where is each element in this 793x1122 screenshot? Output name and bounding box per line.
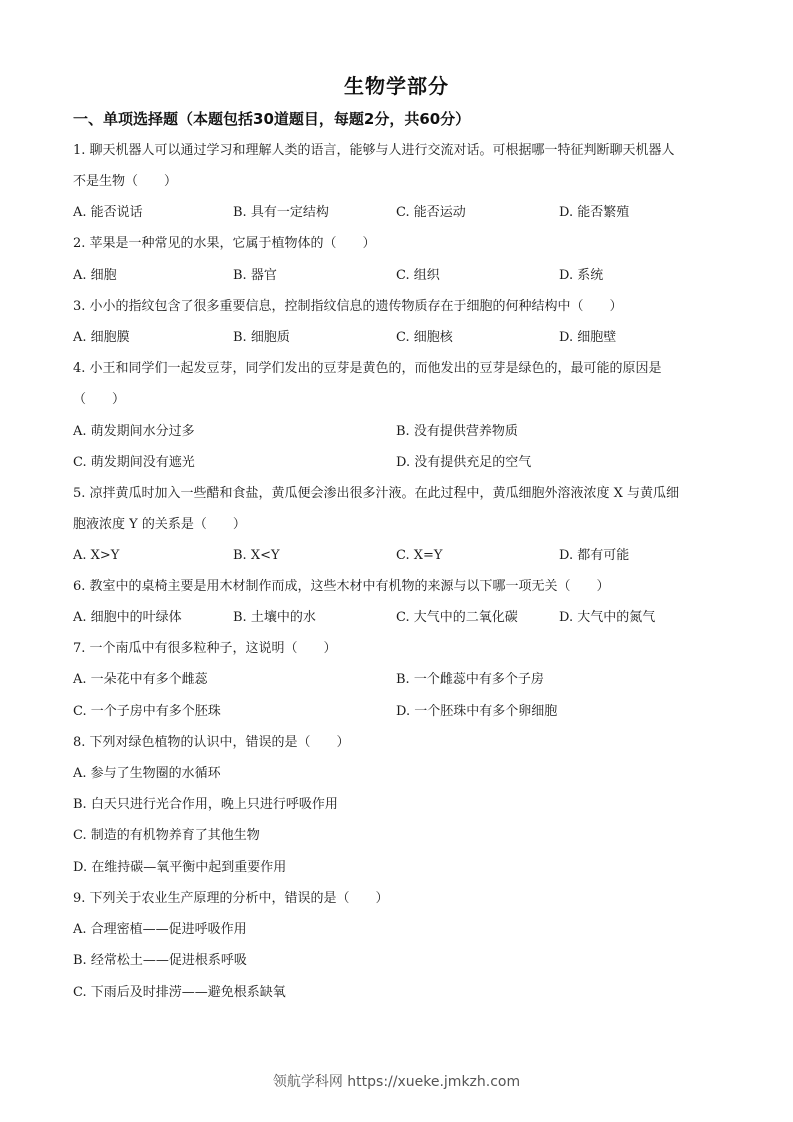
question-8-option-a: A. 参与了生物圈的水循环 (73, 766, 221, 782)
question-2-option-c: C. 组织 (396, 268, 440, 284)
question-3-option-a: A. 细胞膜 (73, 330, 130, 346)
question-2-stem: 2. 苹果是一种常见的水果，它属于植物体的（ ） (73, 236, 376, 252)
document-page: 生物学部分 一、单项选择题（本题包括30道题目，每题2分，共60分） 1. 聊天… (0, 0, 793, 1122)
question-6-stem: 6. 教室中的桌椅主要是用木材制作而成，这些木材中有机物的来源与以下哪一项无关（… (73, 579, 610, 595)
question-1-stem-line-2: 不是生物（ ） (73, 174, 177, 190)
question-8-option-b: B. 白天只进行光合作用，晚上只进行呼吸作用 (73, 797, 338, 813)
question-7-option-b: B. 一个雌蕊中有多个子房 (396, 672, 544, 688)
question-2-option-d: D. 系统 (559, 268, 603, 284)
question-3-option-d: D. 细胞壁 (559, 330, 616, 346)
question-7-option-c: C. 一个子房中有多个胚珠 (73, 704, 221, 720)
question-4-option-c: C. 萌发期间没有遮光 (73, 455, 195, 471)
question-1-option-c: C. 能否运动 (396, 205, 466, 221)
question-3-stem: 3. 小小的指纹包含了很多重要信息，控制指纹信息的遗传物质存在于细胞的何种结构中… (73, 299, 623, 315)
question-4-option-a: A. 萌发期间水分过多 (73, 424, 195, 440)
question-5-stem-line-2: 胞液浓度 Y 的关系是（ ） (73, 517, 246, 533)
question-7-stem: 7. 一个南瓜中有很多粒种子，这说明（ ） (73, 641, 337, 657)
question-6-option-b: B. 土壤中的水 (233, 610, 316, 626)
question-4-stem-line-1: 4. 小王和同学们一起发豆芽，同学们发出的豆芽是黄色的，而他发出的豆芽是绿色的，… (73, 361, 662, 377)
question-6-option-d: D. 大气中的氮气 (559, 610, 655, 626)
question-1-stem-line-1: 1. 聊天机器人可以通过学习和理解人类的语言，能够与人进行交流对话。可根据哪一特… (73, 143, 675, 159)
question-8-option-d: D. 在维持碳—氧平衡中起到重要作用 (73, 860, 286, 876)
page-title: 生物学部分 (0, 70, 793, 99)
question-9-stem: 9. 下列关于农业生产原理的分析中，错误的是（ ） (73, 891, 389, 907)
question-2-option-b: B. 器官 (233, 268, 277, 284)
question-9-option-c: C. 下雨后及时排涝——避免根系缺氧 (73, 985, 286, 1001)
question-6-option-a: A. 细胞中的叶绿体 (73, 610, 182, 626)
question-5-option-d: D. 都有可能 (559, 548, 629, 564)
question-5-option-b: B. X<Y (233, 548, 280, 564)
section-heading: 一、单项选择题（本题包括30道题目，每题2分，共60分） (73, 108, 470, 129)
question-9-option-a: A. 合理密植——促进呼吸作用 (73, 922, 247, 938)
question-2-option-a: A. 细胞 (73, 268, 117, 284)
question-7-option-a: A. 一朵花中有多个雌蕊 (73, 672, 208, 688)
question-5-option-c: C. X=Y (396, 548, 442, 564)
question-3-option-c: C. 细胞核 (396, 330, 453, 346)
question-4-option-b: B. 没有提供营养物质 (396, 424, 518, 440)
question-5-option-a: A. X>Y (73, 548, 119, 564)
question-1-option-d: D. 能否繁殖 (559, 205, 629, 221)
question-4-stem-line-2: （ ） (73, 392, 125, 408)
question-8-stem: 8. 下列对绿色植物的认识中，错误的是（ ） (73, 735, 350, 751)
question-5-stem-line-1: 5. 凉拌黄瓜时加入一些醋和食盐，黄瓜便会渗出很多汁液。在此过程中，黄瓜细胞外溶… (73, 486, 679, 502)
question-1-option-b: B. 具有一定结构 (233, 205, 329, 221)
footer-watermark: 领航学科网 https://xueke.jmkzh.com (0, 1071, 793, 1091)
question-7-option-d: D. 一个胚珠中有多个卵细胞 (396, 704, 557, 720)
question-1-option-a: A. 能否说话 (73, 205, 143, 221)
question-9-option-b: B. 经常松土——促进根系呼吸 (73, 953, 247, 969)
question-4-option-d: D. 没有提供充足的空气 (396, 455, 531, 471)
question-6-option-c: C. 大气中的二氧化碳 (396, 610, 518, 626)
question-3-option-b: B. 细胞质 (233, 330, 290, 346)
question-8-option-c: C. 制造的有机物养育了其他生物 (73, 828, 260, 844)
